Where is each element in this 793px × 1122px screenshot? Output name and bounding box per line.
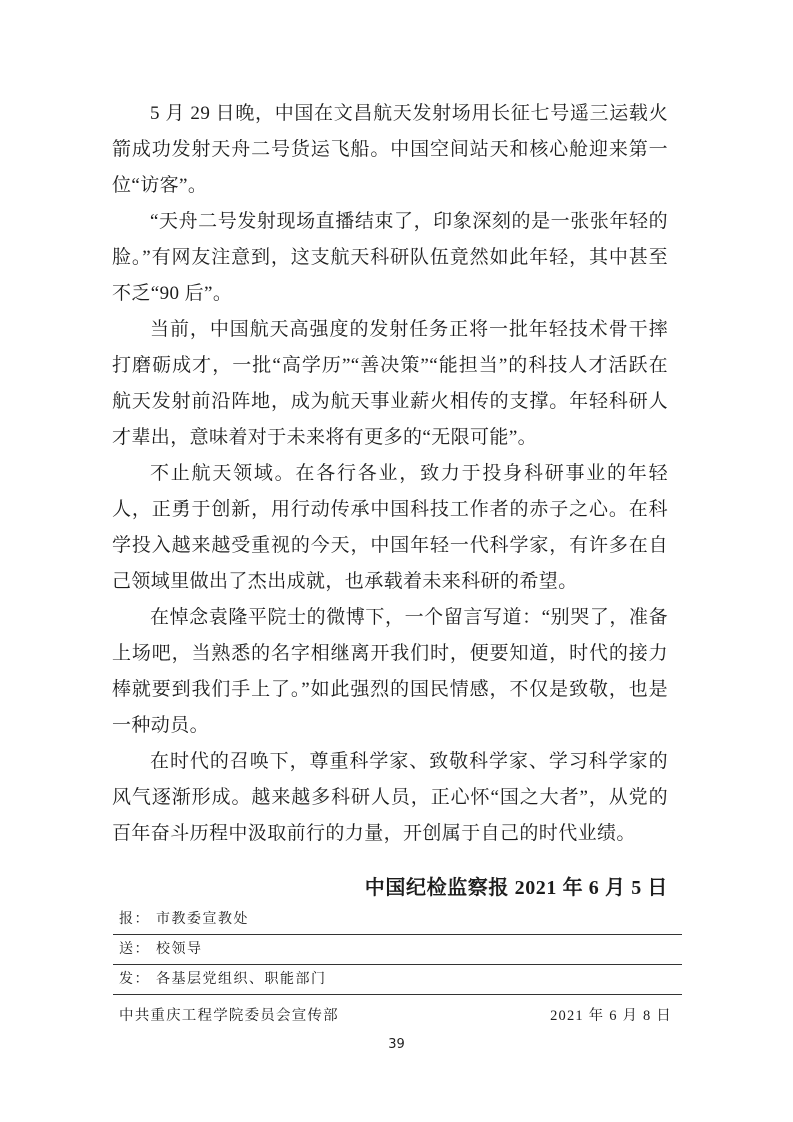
- paragraph-3: 当前，中国航天高强度的发射任务正将一批年轻技术骨干摔打磨砺成才，一批“高学历”“…: [112, 312, 668, 456]
- paragraph-5: 在悼念袁隆平院士的微博下，一个留言写道：“别哭了，准备上场吧，当熟悉的名字相继离…: [112, 600, 668, 744]
- distribution-label: 送：: [119, 942, 150, 957]
- distribution-row-issue: 发：各基层党组织、职能部门: [113, 965, 682, 995]
- distribution-label: 报：: [119, 912, 150, 927]
- distribution-value: 各基层党组织、职能部门: [156, 972, 327, 987]
- distribution-value: 校领导: [156, 942, 203, 957]
- source-attribution: 中国纪检监察报 2021 年 6 月 5 日: [112, 870, 668, 906]
- distribution-row-report: 报：市教委宣教处: [113, 905, 682, 935]
- distribution-footer: 报：市教委宣教处 送：校领导 发：各基层党组织、职能部门 中共重庆工程学院委员会…: [113, 905, 682, 1025]
- distribution-row-send: 送：校领导: [113, 935, 682, 965]
- issuer-row: 中共重庆工程学院委员会宣传部 2021 年 6 月 8 日: [113, 995, 682, 1025]
- page-number: 39: [0, 1037, 793, 1052]
- distribution-label: 发：: [119, 972, 150, 987]
- issuer-name: 中共重庆工程学院委员会宣传部: [119, 1007, 339, 1025]
- issue-date: 2021 年 6 月 8 日: [550, 1007, 672, 1025]
- paragraph-2: “天舟二号发射现场直播结束了，印象深刻的是一张张年轻的脸。”有网友注意到，这支航…: [112, 204, 668, 312]
- paragraph-6: 在时代的召唤下，尊重科学家、致敬科学家、学习科学家的风气逐渐形成。越来越多科研人…: [112, 744, 668, 852]
- paragraph-4: 不止航天领域。在各行各业，致力于投身科研事业的年轻人，正勇于创新，用行动传承中国…: [112, 456, 668, 600]
- paragraph-1: 5 月 29 日晚，中国在文昌航天发射场用长征七号遥三运载火箭成功发射天舟二号货…: [112, 96, 668, 204]
- distribution-value: 市教委宣教处: [156, 912, 249, 927]
- document-page: 5 月 29 日晚，中国在文昌航天发射场用长征七号遥三运载火箭成功发射天舟二号货…: [0, 0, 793, 1122]
- article-body: 5 月 29 日晚，中国在文昌航天发射场用长征七号遥三运载火箭成功发射天舟二号货…: [112, 96, 668, 906]
